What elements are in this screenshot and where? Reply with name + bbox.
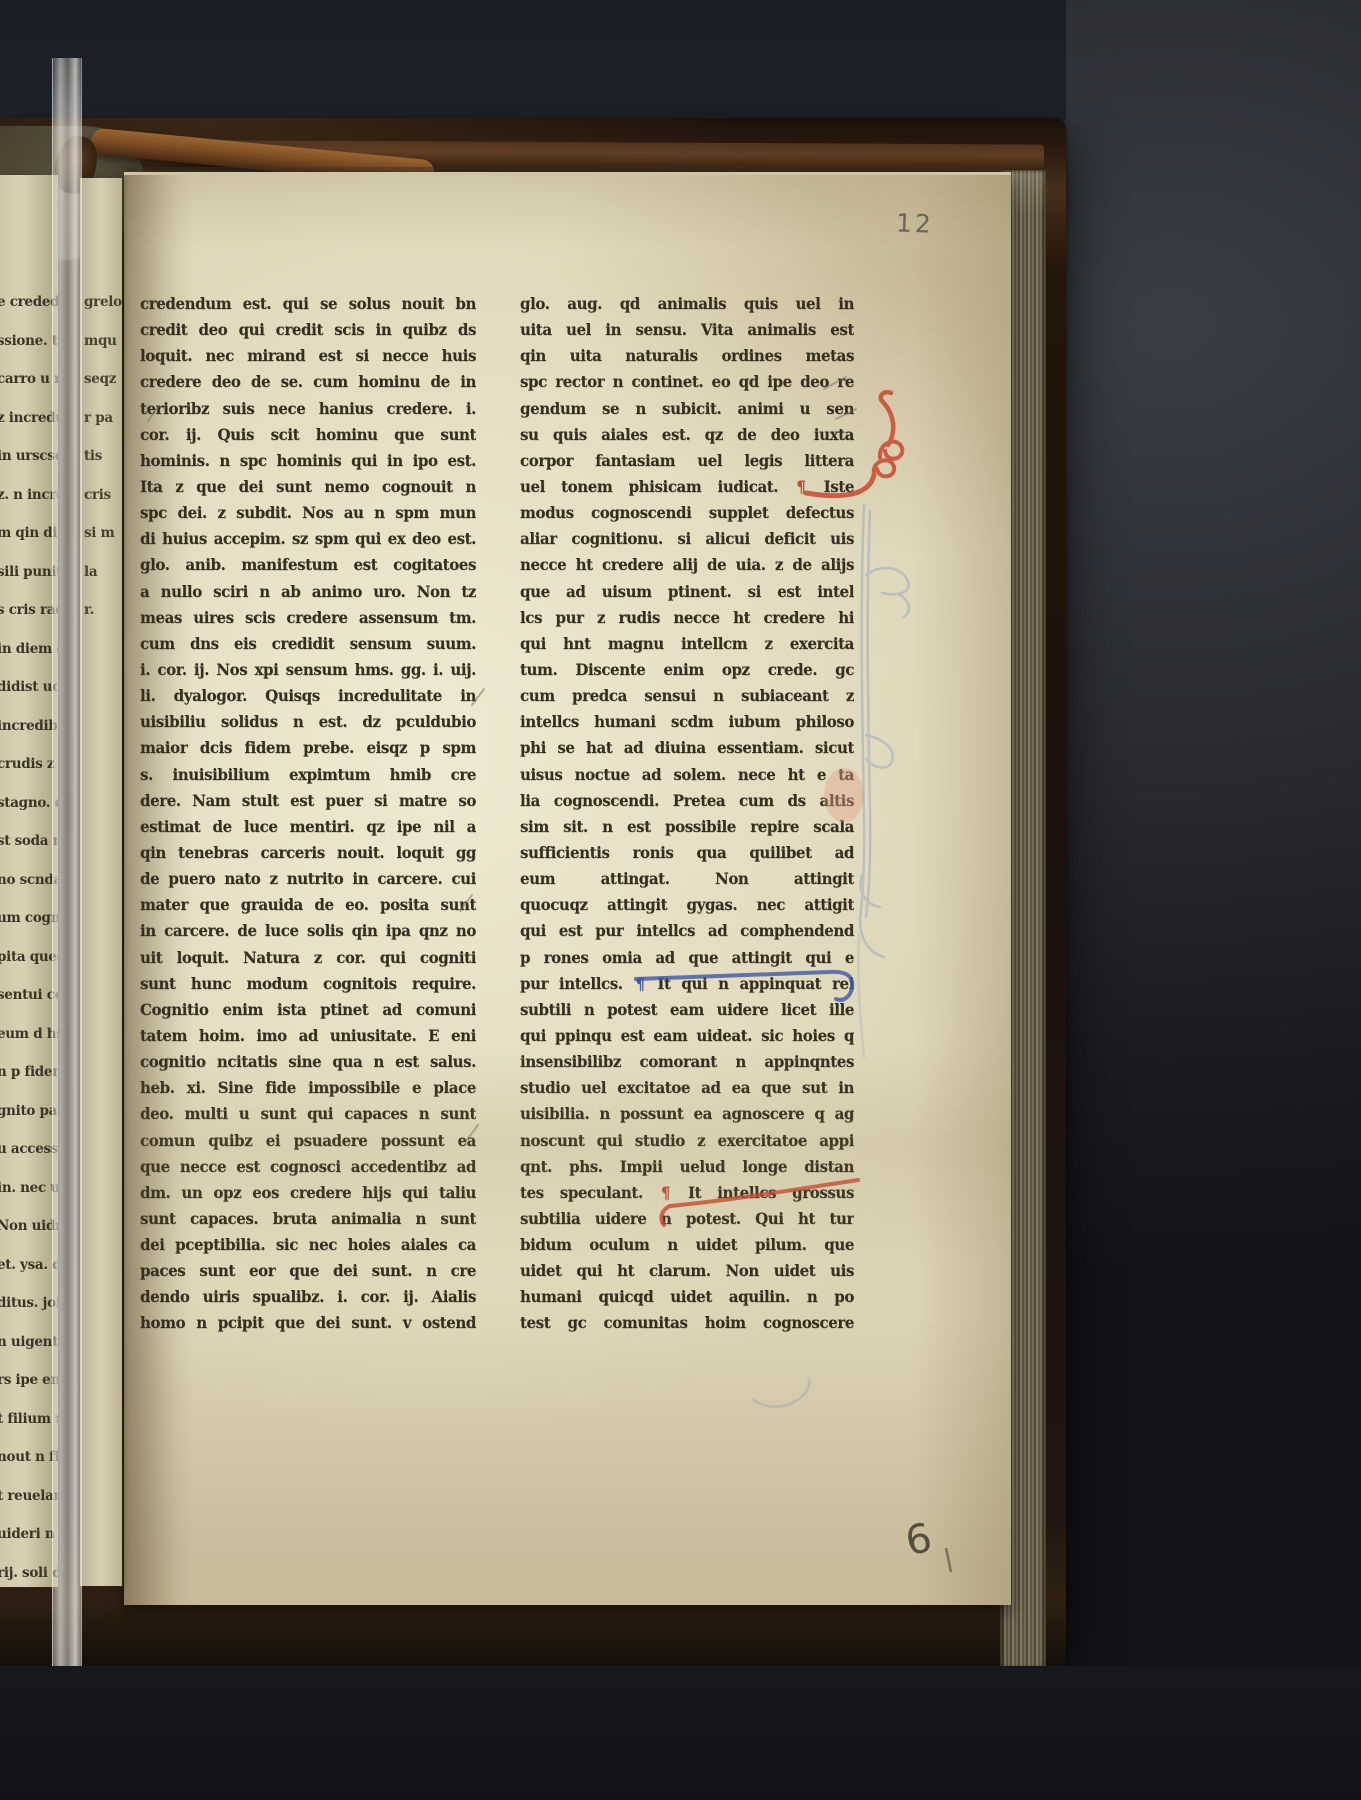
text-line: que ad uisum ptinent. si est intel bbox=[520, 578, 854, 605]
text-line: eum attingat. Non attingit bbox=[520, 866, 854, 893]
text-line: tes speculant. ¶ It intellcs grossus bbox=[520, 1179, 854, 1206]
leaf-text-fragment: um cognids bbox=[0, 899, 58, 938]
text-line: Ita z que dei sunt nemo cognouit n bbox=[140, 474, 476, 501]
leaf-text-fragment: z. n incredu bbox=[0, 476, 58, 515]
text-line: comun quibz ei psuadere possunt ea bbox=[140, 1127, 476, 1154]
leaf-text-fragment: pita queda bbox=[0, 938, 58, 977]
text-line: heb. xi. Sine fide impossibile e place bbox=[140, 1075, 476, 1102]
leaf-text-fragment: tis bbox=[84, 437, 122, 476]
leaf-text-fragment: s cris racce bbox=[0, 591, 58, 630]
text-line: in carcere. de luce solis qin ipa qnz no bbox=[140, 918, 476, 945]
leaf-text-fragment: rs ipe enar bbox=[0, 1361, 58, 1400]
text-line: qin tenebras carceris nouit. loquit gg bbox=[140, 840, 476, 867]
text-line: cor. ij. Quis scit hominu que sunt bbox=[140, 421, 476, 448]
text-line: pur intellcs. ¶ It qui n appinquat rei bbox=[520, 970, 854, 997]
text-line: deo. multi u sunt qui capaces n sunt bbox=[140, 1101, 476, 1128]
blue-tail-flourish bbox=[752, 1377, 809, 1407]
text-line: hominis. n spc hominis qui in ipo est. bbox=[140, 447, 476, 474]
text-line: studio uel excitatoe ad ea que sut in bbox=[520, 1075, 854, 1102]
leaf-text-fragment: gnito pauq bbox=[0, 1092, 58, 1131]
text-line: homo n pcipit que dei sunt. v ostend bbox=[140, 1310, 476, 1337]
leaf-text-fragment: in. nec uide bbox=[0, 1169, 58, 1208]
leaf-text-fragment: t filium nl bbox=[0, 1400, 58, 1439]
text-line: s. inuisibilium expimtum hmib cre bbox=[140, 761, 476, 788]
text-line: qnt. phs. Impii uelud longe distan bbox=[520, 1153, 854, 1180]
glass-page-weight-rod bbox=[52, 58, 82, 1764]
text-line: sunt hunc modum cognitois require. bbox=[140, 970, 476, 997]
leaf-text-fragment: z incredulit bbox=[0, 399, 58, 438]
leaf-text-fragment: nout n fila bbox=[0, 1438, 58, 1477]
text-line: li. dyalogor. Quisqs incredulitate in bbox=[140, 683, 476, 710]
text-line: aliar cognitionu. si alicui deficit uis bbox=[520, 526, 854, 553]
red-underline bbox=[661, 1180, 858, 1225]
text-line: subtilia uidere n potest. Qui ht tur bbox=[520, 1206, 854, 1233]
text-line: de puero nato z nutrito in carcere. cui bbox=[140, 866, 476, 893]
text-column-left: credendum est. qui se solus nouit bncred… bbox=[140, 291, 476, 1337]
text-segment: pur intellcs. bbox=[520, 974, 633, 993]
leaf-text-fragment: didist uct bbox=[0, 668, 58, 707]
text-line: spc dei. z subdit. Nos au n spm mun bbox=[140, 500, 476, 527]
text-line: que necce est cognosci accedentibz ad bbox=[140, 1153, 476, 1180]
text-line: estimat de luce mentiri. qz ipe nil a bbox=[140, 813, 476, 840]
leaf-text-fragment: eum d hso bbox=[0, 1015, 58, 1054]
text-line: cognitio ncitatis sine qua n est salus. bbox=[140, 1049, 476, 1076]
previous-leaf-edge: e crededitssione. tcarro u mz incredulit… bbox=[0, 175, 58, 1587]
text-column-right: glo. aug. qd animalis quis uel inuita ue… bbox=[520, 291, 854, 1337]
text-line: maior dcis fidem prebe. eisqz p spm bbox=[140, 735, 476, 762]
text-line: sufficientis ronis qua quilibet ad bbox=[520, 840, 854, 867]
leaf-text-fragment: no scnda su bbox=[0, 861, 58, 900]
text-line: dere. Nam stult est puer si matre so bbox=[140, 787, 476, 814]
text-line: di huius accepim. sz spm qui ex deo est. bbox=[140, 526, 476, 553]
text-segment: It qui n appinquat rei bbox=[647, 974, 854, 993]
text-line: credit deo qui credit scis in quibz ds bbox=[140, 317, 476, 344]
text-line: test gc comunitas hoim cognoscere bbox=[520, 1310, 854, 1337]
quire-number-ink: 6 bbox=[901, 1515, 935, 1565]
leaf-text-fragment: st soda rad bbox=[0, 822, 58, 861]
text-line: i. cor. ij. Nos xpi sensum hms. gg. i. u… bbox=[140, 657, 476, 684]
text-segment: It intellcs grossus bbox=[672, 1184, 854, 1203]
leaf-text-fragment: u accessibile bbox=[0, 1130, 58, 1169]
text-line: cum dns eis credidit sensum suum. bbox=[140, 630, 476, 657]
manuscript-page: 12 credendum est. qui se solus nouit bnc… bbox=[124, 172, 1011, 1605]
leaf-text-fragment: uideri n p bbox=[0, 1515, 58, 1554]
leaf-text-fragment: grelo bbox=[84, 283, 122, 322]
text-segment: uel tonem phisicam iudicat. bbox=[520, 478, 794, 497]
leaf-text-fragment: incredibili bbox=[0, 707, 58, 746]
text-line: noscunt qui studio z exercitatoe appi bbox=[520, 1127, 854, 1154]
leaf-text-fragment: seqz bbox=[84, 360, 122, 399]
text-line: qui ppinqu est eam uideat. sic hoies q bbox=[520, 1023, 854, 1050]
text-line: bidum oculum n uidet pilum. que bbox=[520, 1232, 854, 1259]
leaf-text-fragment: cris bbox=[84, 476, 122, 515]
backdrop-bottom bbox=[0, 1666, 1361, 1800]
text-line: uel tonem phisicam iudicat. ¶ Iste bbox=[520, 474, 854, 501]
text-line: credendum est. qui se solus nouit bn bbox=[140, 291, 476, 318]
leaf-text-fragment: ditus. joi. bbox=[0, 1284, 58, 1323]
leaf-text-fragment: r. bbox=[84, 591, 122, 630]
text-line: gendum se n subicit. animi u sen bbox=[520, 395, 854, 422]
text-line: mater que grauida de eo. posita sunt bbox=[140, 892, 476, 919]
leaf-text-fragment: m qin dicti bbox=[0, 514, 58, 553]
ink-tick bbox=[946, 1548, 951, 1572]
text-line: su quis aiales est. qz de deo iuxta bbox=[520, 421, 854, 448]
text-line: uisus noctue ad solem. nece ht e ta bbox=[520, 761, 854, 788]
text-line: tum. Discente enim opz crede. gc bbox=[520, 657, 854, 684]
blue-margin-flourish bbox=[858, 505, 909, 1057]
text-line: phi se hat ad diuina essentiam. sicut bbox=[520, 735, 854, 762]
leaf-text-fragment: la bbox=[84, 553, 122, 592]
text-line: paces sunt eor que dei sunt. n cre bbox=[140, 1258, 476, 1285]
leaf-text-fragment: in urscsco bbox=[0, 437, 58, 476]
leaf-text-fragment: crudis z u bbox=[0, 745, 58, 784]
text-line: intellcs humani scdm iubum philoso bbox=[520, 709, 854, 736]
text-line: terioribz suis nece hanius credere. i. bbox=[140, 395, 476, 422]
leaf-text-fragment: mqu bbox=[84, 322, 122, 361]
text-line: loquit. nec mirand est si necce huis bbox=[140, 343, 476, 370]
text-line: glo. aug. qd animalis quis uel in bbox=[520, 291, 854, 318]
pilcrow-mark: ¶ bbox=[659, 1184, 672, 1203]
text-line: sim sit. n est possibile repire scala bbox=[520, 813, 854, 840]
text-line: a nullo sciri n ab animo uro. Non tz bbox=[140, 578, 476, 605]
text-line: cum predca sensui n subiaceant z bbox=[520, 683, 854, 710]
text-line: uit loquit. Natura z cor. qui cogniti bbox=[140, 944, 476, 971]
photo-stage: 12 credendum est. qui se solus nouit bnc… bbox=[0, 0, 1361, 1800]
text-line: tatem hoim. imo ad uniusitate. E eni bbox=[140, 1023, 476, 1050]
text-line: qui hnt magnu intellcm z exercita bbox=[520, 630, 854, 657]
leaf-text-fragment: e crededit bbox=[0, 283, 58, 322]
text-line: glo. anib. manifestum est cogitatoes bbox=[140, 552, 476, 579]
text-line: dendo uiris spualibz. i. cor. ij. Aialis bbox=[140, 1284, 476, 1311]
leaf-text-fragment: ssione. t bbox=[0, 322, 58, 361]
text-line: subtili n potest eam uidere licet ille bbox=[520, 996, 854, 1023]
text-line: corpor fantasiam uel legis littera bbox=[520, 447, 854, 474]
text-line: uita uel in sensu. Vita animalis est bbox=[520, 317, 854, 344]
text-line: lia cognoscendi. Pretea cum ds altis bbox=[520, 787, 854, 814]
text-line: uidet qui ht clarum. Non uidet uis bbox=[520, 1258, 854, 1285]
pilcrow-mark: ¶ bbox=[633, 974, 646, 993]
folio-number-pencil: 12 bbox=[896, 208, 935, 238]
text-line: necce ht credere alij de uia. z de alijs bbox=[520, 552, 854, 579]
leaf-text-fragment: et. ysa. do. bbox=[0, 1246, 58, 1285]
backdrop-top bbox=[0, 0, 1066, 120]
leaf-text-fragment: sili punit. bbox=[0, 553, 58, 592]
text-line: quocuqz attingit gygas. nec attigit bbox=[520, 892, 854, 919]
leaf-text-fragment: si m bbox=[84, 514, 122, 553]
text-line: Cognitio enim ista ptinet ad comuni bbox=[140, 996, 476, 1023]
text-line: humani quicqd uidet aquilin. n po bbox=[520, 1284, 854, 1311]
text-segment: tes speculant. bbox=[520, 1184, 659, 1203]
text-line: uisibiliu solidus n est. dz pculdubio bbox=[140, 709, 476, 736]
text-line: qin uita naturalis ordines metas bbox=[520, 343, 854, 370]
leaf-text-fragment: Non uidm bbox=[0, 1207, 58, 1246]
underleaf-edge: grelomquseqzr patiscrissi mlar. bbox=[80, 178, 122, 1586]
leaf-text-fragment: n uigent bbox=[0, 1323, 58, 1362]
text-line: credere deo de se. cum hominu de in bbox=[140, 369, 476, 396]
pilcrow-mark: ¶ bbox=[794, 478, 807, 497]
leaf-text-fragment: carro u m bbox=[0, 360, 58, 399]
text-line: insensibilibz comorant n appinqntes bbox=[520, 1049, 854, 1076]
text-line: qui est pur intellcs ad comphendend bbox=[520, 918, 854, 945]
text-line: modus cognoscendi supplet defectus bbox=[520, 500, 854, 527]
leaf-text-fragment: n p fidem. P bbox=[0, 1053, 58, 1092]
leaf-text-fragment bbox=[84, 630, 122, 669]
leaf-text-fragment: r pa bbox=[84, 399, 122, 438]
text-line: dm. un opz eos credere hijs qui taliu bbox=[140, 1179, 476, 1206]
text-line: p rones omia ad que attingit qui e bbox=[520, 944, 854, 971]
leaf-text-fragment: in diem qu bbox=[0, 630, 58, 669]
text-segment: Iste bbox=[807, 478, 854, 497]
leaf-text-fragment: sentui celo bbox=[0, 976, 58, 1015]
leaf-text-fragment: rij. soli deo bbox=[0, 1554, 58, 1588]
leaf-text-fragment: t reuelare. bbox=[0, 1477, 58, 1516]
text-line: spc rector n continet. eo qd ipe deo re bbox=[520, 369, 854, 396]
text-line: lcs pur z rudis necce ht credere hi bbox=[520, 604, 854, 631]
leaf-text-fragment: stagno. qz bbox=[0, 784, 58, 823]
text-line: dei pceptibilia. sic nec hoies aiales ca bbox=[140, 1232, 476, 1259]
text-line: uisibilia. n possunt ea agnoscere q ag bbox=[520, 1101, 854, 1128]
text-line: meas uires scis credere assensum tm. bbox=[140, 604, 476, 631]
text-line: sunt capaces. bruta animalia n sunt bbox=[140, 1206, 476, 1233]
